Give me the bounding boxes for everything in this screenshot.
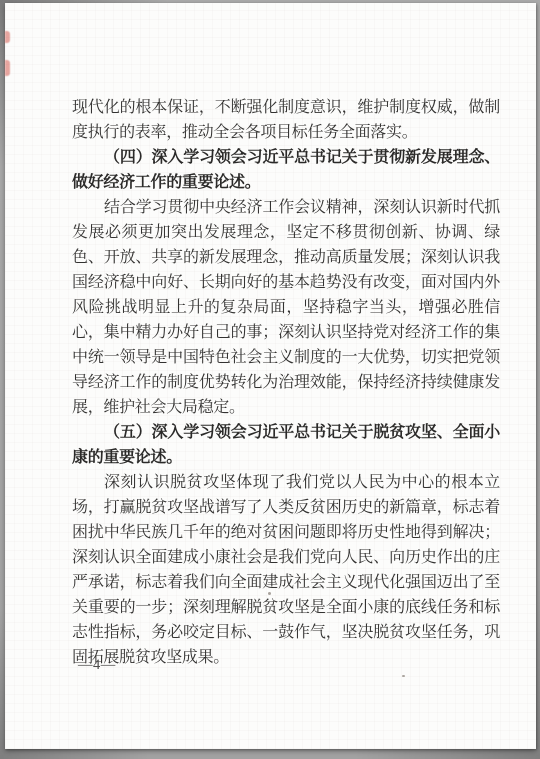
page-number: —4—: [78, 657, 116, 674]
section-heading-5: （五）深入学习领会习近平总书记关于脱贫攻坚、全面小康的重要论述。: [72, 420, 500, 470]
scan-speck: [402, 675, 405, 677]
scan-speck: [268, 592, 271, 595]
scan-background: 现代化的根本保证，不断强化制度意识，维护制度权威，做制度执行的表率，推动全会各项…: [0, 0, 540, 759]
section-heading-4: （四）深入学习领会习近平总书记关于贯彻新发展理念、做好经济工作的重要论述。: [72, 145, 500, 195]
document-text-block: 现代化的根本保证，不断强化制度意识，维护制度权威，做制度执行的表率，推动全会各项…: [72, 95, 500, 670]
paragraph-continuation: 现代化的根本保证，不断强化制度意识，维护制度权威，做制度执行的表率，推动全会各项…: [72, 95, 500, 145]
paragraph-section-4: 结合学习贯彻中央经济工作会议精神，深刻认识新时代抓发展必须更加突出发展理念，坚定…: [72, 195, 500, 420]
red-edge-mark-top: [5, 31, 10, 43]
paragraph-section-5: 深刻认识脱贫攻坚体现了我们党以人民为中心的根本立场，打赢脱贫攻坚战谱写了人类反贫…: [72, 470, 500, 670]
document-page: 现代化的根本保证，不断强化制度意识，维护制度权威，做制度执行的表率，推动全会各项…: [5, 3, 536, 749]
red-edge-mark-bottom: [5, 60, 10, 76]
